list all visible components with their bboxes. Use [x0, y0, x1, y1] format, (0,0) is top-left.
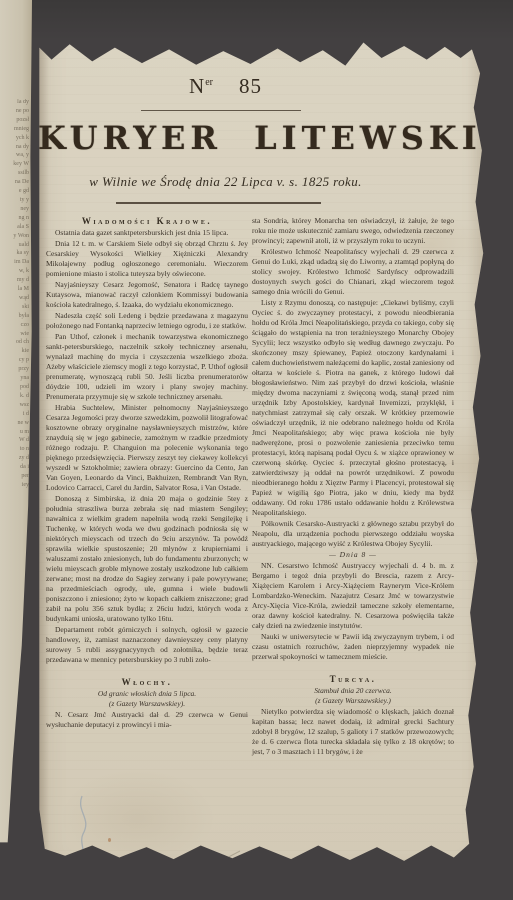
- news-paragraph: Donoszą z Simbirska, iż dnia 20 maja o g…: [46, 494, 248, 624]
- issue-superscript: er: [205, 77, 213, 88]
- header-rule-top: [141, 110, 301, 111]
- news-paragraph: Nayjaśnieyszy Cesarz Jegomość, Senatora …: [46, 280, 248, 310]
- left-column: Wiadomości Krajowe. Ostatnia data gazet …: [46, 216, 248, 731]
- day-heading: — Dnia 8 —: [252, 550, 454, 560]
- section-heading-krajowe: Wiadomości Krajowe.: [46, 216, 248, 226]
- scratch-mark: [203, 848, 243, 874]
- facing-page-strip: la dy ne po pozsł mnieg ych k na dy wa, …: [0, 0, 32, 872]
- scan-background: la dy ne po pozsł mnieg ych k na dy wa, …: [0, 0, 513, 900]
- newspaper-page: Ner85 KURYER LITEWSKI w Wilnie we Środę …: [38, 22, 490, 878]
- header-rule-bottom: [116, 202, 321, 204]
- spine-text-fragments: la dy ne po pozsł mnieg ych k na dy wa, …: [2, 98, 29, 490]
- section-gap: [46, 666, 248, 674]
- right-column: sta Sondria, którey Monarcha ten oświadc…: [252, 216, 454, 758]
- news-paragraph: Hrabia Suchtelew, Minister pełnomocny Na…: [46, 403, 248, 493]
- issue-number-line: Ner85: [38, 74, 413, 99]
- news-paragraph: Królestwo Ichmość Neapolitańscy wyjechal…: [252, 247, 454, 297]
- issue-prefix: N: [189, 74, 205, 98]
- paper-speck: [108, 838, 111, 842]
- news-paragraph: Dnia 12 t. m. w Carskiem Siele odbył się…: [46, 239, 248, 279]
- section-dateline: Od granic włoskich dnia 5 lipca.: [46, 689, 248, 699]
- news-paragraph: Nietylko potwierdza się wiadomość o klęs…: [252, 707, 454, 757]
- section-gap: [252, 663, 454, 671]
- news-paragraph: sta Sondria, którey Monarcha ten oświadc…: [252, 216, 454, 246]
- news-paragraph: Półkownik Cesarsko-Austryacki z głównego…: [252, 519, 454, 549]
- news-paragraph: Pan Uthof, członek i mechanik towarzystw…: [46, 332, 248, 402]
- news-paragraph: Nauki w uniwersytecie w Pawii idą zwycza…: [252, 632, 454, 662]
- news-paragraph: Ostatnia data gazet sanktpetersburskich …: [46, 228, 248, 238]
- section-source: (z Gazety Warszawskiey).: [46, 699, 248, 709]
- news-paragraph: NN. Cesarstwo Ichmość Austryaccy wyjecha…: [252, 561, 454, 631]
- news-paragraph: N. Cesarz Jmć Austryacki dał d. 29 czerw…: [46, 710, 248, 730]
- masthead-dateline: w Wilnie we Środę dnia 22 Lipca v. s. 18…: [38, 174, 413, 190]
- section-heading-turcya: Turcya.: [252, 674, 454, 684]
- news-paragraph: Nadeszła część soli Ledeng i będzie prze…: [46, 311, 248, 331]
- section-source: (z Gazety Warszawskiey.): [252, 696, 454, 706]
- ink-squiggle-mark: [68, 792, 112, 858]
- issue-number: 85: [239, 74, 262, 99]
- section-heading-wlochy: Włochy.: [46, 677, 248, 687]
- news-paragraph: Departament robót górniczych i solnych, …: [46, 625, 248, 665]
- masthead-title: KURYER LITEWSKI: [38, 119, 413, 157]
- news-paragraph: Listy z Rzymu donoszą, co następuje: „Ci…: [252, 298, 454, 518]
- section-dateline: Stambuł dnia 20 czerwca.: [252, 686, 454, 696]
